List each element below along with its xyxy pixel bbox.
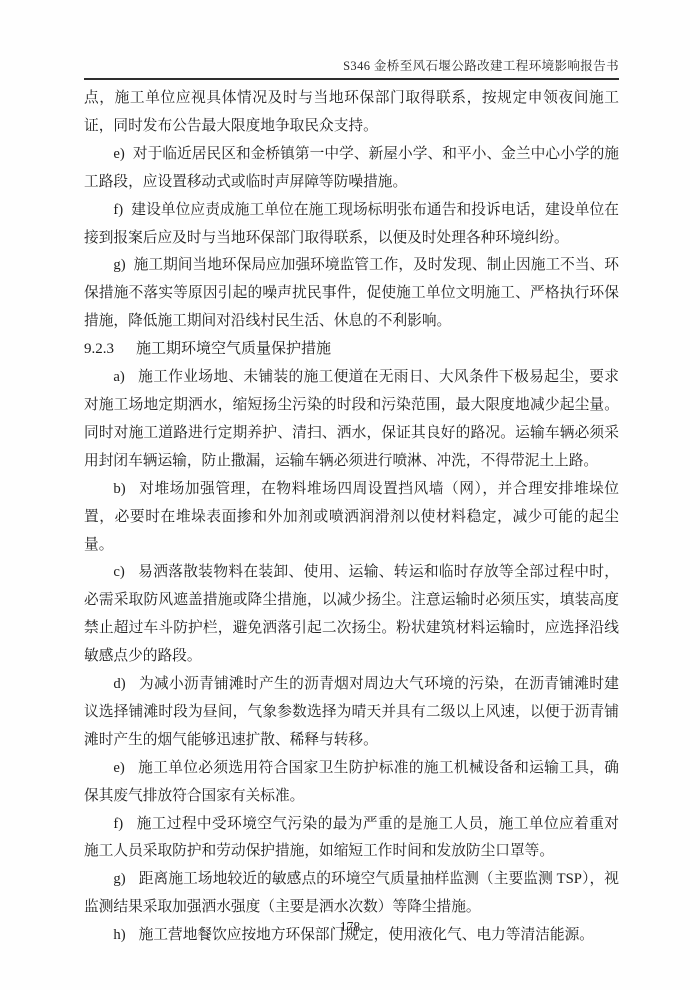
item-label: g) [113, 257, 125, 273]
item-label: d) [113, 676, 125, 692]
section-heading-9-2-3: 9.2.3施工期环境空气质量保护措施 [84, 336, 619, 364]
section-number: 9.2.3 [84, 341, 114, 357]
air-item-a: a)施工作业场地、未铺装的施工便道在无雨日、大风条件下极易起尘，要求对施工场地定… [84, 364, 619, 476]
item-label: b) [113, 481, 125, 497]
air-item-f: f)施工过程中受环境空气污染的最为严重的是施工人员，施工单位应着重对施工人员采取… [84, 811, 619, 867]
item-text: 施工作业场地、未铺装的施工便道在无雨日、大风条件下极易起尘，要求对施工场地定期洒… [84, 369, 619, 469]
air-item-d: d)为减小沥青铺滩时产生的沥青烟对周边大气环境的污染，在沥青铺滩时建议选择铺滩时… [84, 671, 619, 755]
item-text: 易洒落散装物料在装卸、使用、运输、转运和临时存放等全部过程中时，必需采取防风遮盖… [84, 564, 619, 664]
item-text: 施工过程中受环境空气污染的最为严重的是施工人员，施工单位应着重对施工人员采取防护… [84, 816, 619, 860]
item-label: e) [113, 760, 124, 776]
noise-item-g: g)施工期间当地环保局应加强环境监管工作，及时发现、制止因施工不当、环保措施不落… [84, 252, 619, 336]
item-label: g) [113, 871, 125, 887]
item-text: 距离施工场地较近的敏感点的环境空气质量抽样监测（主要监测 TSP），视监测结果采… [84, 871, 619, 915]
noise-item-f: f)建设单位应责成施工单位在施工现场标明张布通告和投诉电话，建设单位在接到报案后… [84, 197, 619, 253]
item-label: c) [113, 564, 124, 580]
air-item-g: g)距离施工场地较近的敏感点的环境空气质量抽样监测（主要监测 TSP），视监测结… [84, 866, 619, 922]
item-label: f) [113, 816, 123, 832]
air-item-e: e)施工单位必须选用符合国家卫生防护标准的施工机械设备和运输工具，确保其废气排放… [84, 755, 619, 811]
page-number: 178 [340, 919, 360, 934]
page-footer: 178 [0, 919, 700, 935]
running-header: S346 金桥至风石堰公路改建工程环境影响报告书 [84, 56, 619, 80]
page-content: S346 金桥至风石堰公路改建工程环境影响报告书 点，施工单位应视具体情况及时与… [84, 56, 619, 950]
item-text: 对堆场加强管理，在物料堆场四周设置挡风墙（网），并合理安排堆垛位置，必要时在堆垛… [84, 481, 619, 553]
document-body: 点，施工单位应视具体情况及时与当地环保部门取得联系，按规定申领夜间施工证，同时发… [84, 80, 619, 950]
document-page: S346 金桥至风石堰公路改建工程环境影响报告书 点，施工单位应视具体情况及时与… [0, 0, 700, 990]
item-text: 建设单位应责成施工单位在施工现场标明张布通告和投诉电话，建设单位在接到报案后应及… [84, 202, 619, 246]
noise-item-e: e)对于临近居民区和金桥镇第一中学、新屋小学、和平小、金兰中心小学的施工路段，应… [84, 141, 619, 197]
item-label: e) [113, 146, 124, 162]
air-item-b: b)对堆场加强管理，在物料堆场四周设置挡风墙（网），并合理安排堆垛位置，必要时在… [84, 476, 619, 560]
item-text: 施工单位必须选用符合国家卫生防护标准的施工机械设备和运输工具，确保其废气排放符合… [84, 760, 619, 804]
paragraph-night-permit: 点，施工单位应视具体情况及时与当地环保部门取得联系，按规定申领夜间施工证，同时发… [84, 85, 619, 141]
item-text: 为减小沥青铺滩时产生的沥青烟对周边大气环境的污染，在沥青铺滩时建议选择铺滩时段为… [84, 676, 619, 748]
item-text: 对于临近居民区和金桥镇第一中学、新屋小学、和平小、金兰中心小学的施工路段，应设置… [84, 146, 619, 190]
item-label: a) [113, 369, 124, 385]
running-header-title: S346 金桥至风石堰公路改建工程环境影响报告书 [343, 59, 619, 73]
item-label: f) [113, 202, 123, 218]
item-text: 施工期间当地环保局应加强环境监管工作，及时发现、制止因施工不当、环保措施不落实等… [84, 257, 619, 329]
air-item-c: c)易洒落散装物料在装卸、使用、运输、转运和临时存放等全部过程中时，必需采取防风… [84, 559, 619, 671]
section-title: 施工期环境空气质量保护措施 [136, 341, 331, 357]
